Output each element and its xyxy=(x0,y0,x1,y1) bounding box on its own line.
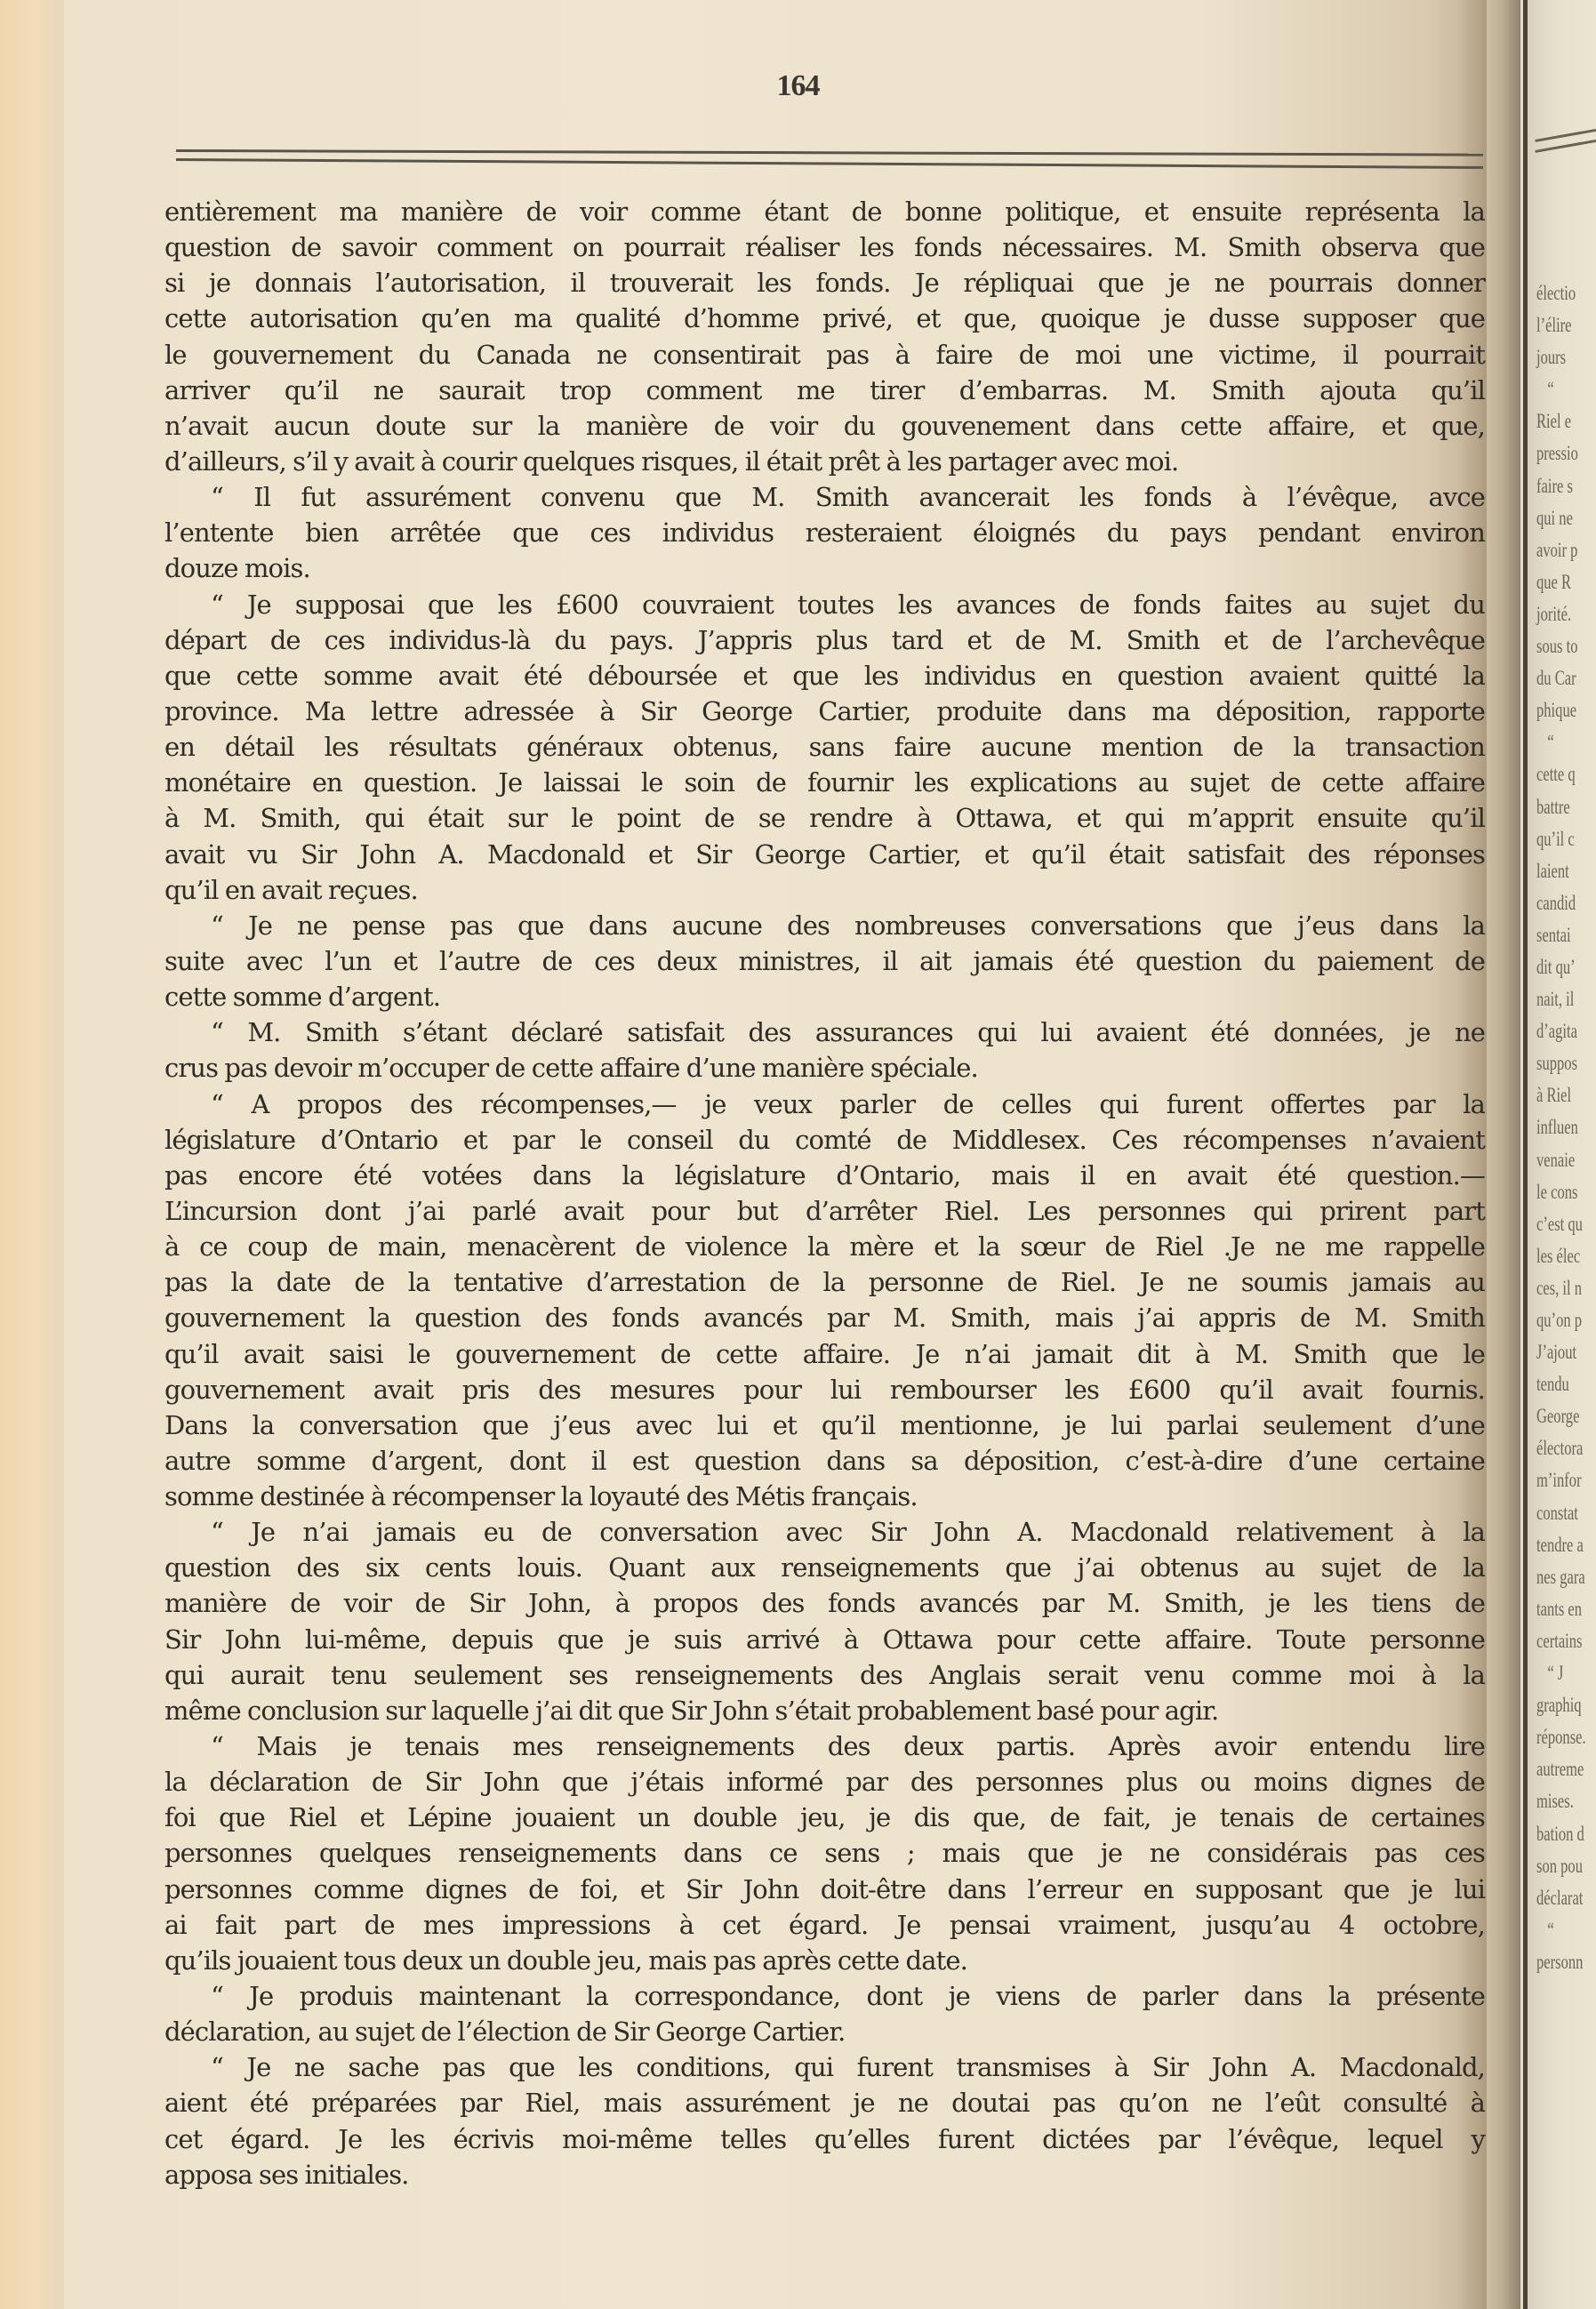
adjacent-line-fragment: autreme xyxy=(1536,1753,1586,1785)
adjacent-line-fragment: déclarat xyxy=(1536,1882,1586,1914)
adjacent-line-fragment: graphiq xyxy=(1536,1689,1586,1721)
text-line: “ Je supposai que les £600 couvraient to… xyxy=(164,587,1485,622)
text-line: n’avait aucun doute sur la manière de vo… xyxy=(164,408,1485,444)
page-number: 164 xyxy=(0,69,1596,103)
text-line: L’incursion dont j’ai parlé avait pour b… xyxy=(164,1193,1485,1229)
text-line: avait vu Sir John A. Macdonald et Sir Ge… xyxy=(164,837,1485,872)
adjacent-line-fragment: dit qu’ xyxy=(1536,951,1586,983)
text-line: “ Mais je tenais mes renseignements des … xyxy=(164,1728,1485,1764)
paragraph: “ Je ne pense pas que dans aucune des no… xyxy=(164,908,1485,1014)
adjacent-line-fragment: “ J xyxy=(1536,1657,1586,1689)
adjacent-line-fragment: candid xyxy=(1536,887,1586,919)
text-line: monétaire en question. Je laissai le soi… xyxy=(164,765,1485,800)
text-line: autre somme d’argent, dont il est questi… xyxy=(164,1443,1485,1479)
adjacent-line-fragment: du Car xyxy=(1536,662,1586,694)
text-line: “ A propos des récompenses,— je veux par… xyxy=(164,1086,1485,1122)
adjacent-line-fragment: George xyxy=(1536,1400,1586,1432)
text-line: législature d’Ontario et par le conseil … xyxy=(164,1122,1485,1158)
adjacent-line-fragment: “ xyxy=(1536,726,1586,758)
adjacent-header-rule xyxy=(1535,127,1596,142)
paragraph: “ M. Smith s’étant déclaré satisfait des… xyxy=(164,1014,1485,1086)
text-line: l’entente bien arrêtée que ces individus… xyxy=(164,515,1485,550)
adjacent-line-fragment: qui ne xyxy=(1536,502,1586,534)
adjacent-line-fragment: l’élire xyxy=(1536,309,1586,341)
text-line: pas la date de la tentative d’arrestatio… xyxy=(164,1264,1485,1300)
text-line: si je donnais l’autorisation, il trouver… xyxy=(164,265,1485,301)
adjacent-line-fragment: le cons xyxy=(1536,1176,1586,1208)
adjacent-line-fragment: cette q xyxy=(1536,758,1586,790)
text-line: personnes comme dignes de foi, et Sir Jo… xyxy=(164,1872,1485,1907)
text-line: cette somme d’argent. xyxy=(164,979,1485,1014)
adjacent-line-fragment: réponse. xyxy=(1536,1721,1586,1753)
paragraph: “ Je n’ai jamais eu de conversation avec… xyxy=(164,1514,1485,1728)
adjacent-page-text: électiol’élirejours “Riel epressiofaire … xyxy=(1536,277,1586,1978)
adjacent-line-fragment: d’agita xyxy=(1536,1015,1586,1047)
text-line: question de savoir comment on pourrait r… xyxy=(164,229,1485,265)
adjacent-line-fragment: que R xyxy=(1536,566,1586,598)
text-line: gouvernement la question des fonds avanc… xyxy=(164,1300,1485,1335)
adjacent-page-fragment: électiol’élirejours “Riel epressiofaire … xyxy=(1528,0,1596,2309)
text-line: Dans la conversation que j’eus avec lui … xyxy=(164,1407,1485,1443)
paragraph: “ Mais je tenais mes renseignements des … xyxy=(164,1728,1485,1978)
adjacent-line-fragment: bation d xyxy=(1536,1818,1586,1850)
text-line: départ de ces individus-là du pays. J’ap… xyxy=(164,622,1485,658)
text-line: en détail les résultats généraux obtenus… xyxy=(164,729,1485,765)
adjacent-line-fragment: avoir p xyxy=(1536,534,1586,566)
text-line: personnes quelques renseignements dans c… xyxy=(164,1835,1485,1871)
adjacent-line-fragment: personn xyxy=(1536,1946,1586,1978)
adjacent-line-fragment: ces, il n xyxy=(1536,1272,1586,1304)
adjacent-line-fragment: mises. xyxy=(1536,1785,1586,1817)
text-line: cette autorisation qu’en ma qualité d’ho… xyxy=(164,301,1485,336)
adjacent-line-fragment: suppos xyxy=(1536,1047,1586,1079)
paragraph: “ Il fut assurément convenu que M. Smith… xyxy=(164,479,1485,586)
adjacent-line-fragment: à Riel xyxy=(1536,1079,1586,1111)
adjacent-line-fragment: faire s xyxy=(1536,470,1586,502)
text-line: que cette somme avait été déboursée et q… xyxy=(164,658,1485,694)
text-line: manière de voir de Sir John, à propos de… xyxy=(164,1585,1485,1621)
adjacent-line-fragment: électio xyxy=(1536,277,1586,309)
adjacent-line-fragment: électora xyxy=(1536,1432,1586,1464)
text-line: qu’il avait saisi le gouvernement de cet… xyxy=(164,1336,1485,1372)
paragraph: “ Je supposai que les £600 couvraient to… xyxy=(164,587,1485,908)
adjacent-line-fragment: qu’on p xyxy=(1536,1304,1586,1336)
text-line: arriver qu’il ne saurait trop comment me… xyxy=(164,373,1485,408)
adjacent-line-fragment: Riel e xyxy=(1536,405,1586,437)
adjacent-line-fragment: certains xyxy=(1536,1625,1586,1657)
adjacent-line-fragment: nes gara xyxy=(1536,1561,1586,1593)
text-line: aient été préparées par Riel, mais assur… xyxy=(164,2085,1485,2121)
adjacent-line-fragment: qu’il c xyxy=(1536,823,1586,855)
text-line: qui aurait tenu seulement ses renseignem… xyxy=(164,1657,1485,1693)
adjacent-line-fragment: pressio xyxy=(1536,437,1586,469)
text-line: gouvernement avait pris des mesures pour… xyxy=(164,1372,1485,1407)
adjacent-line-fragment: “ xyxy=(1536,373,1586,405)
adjacent-line-fragment: jours xyxy=(1536,341,1586,373)
adjacent-line-fragment: tendre a xyxy=(1536,1529,1586,1561)
text-line: ai fait part de mes impressions à cet ég… xyxy=(164,1907,1485,1943)
paragraph: “ A propos des récompenses,— je veux par… xyxy=(164,1086,1485,1515)
adjacent-line-fragment: c’est qu xyxy=(1536,1208,1586,1240)
text-line: question des six cents louis. Quant aux … xyxy=(164,1550,1485,1585)
adjacent-line-fragment: sentai xyxy=(1536,919,1586,951)
adjacent-line-fragment: phique xyxy=(1536,694,1586,726)
adjacent-line-fragment: tants en xyxy=(1536,1593,1586,1625)
text-line: Sir John lui-même, depuis que je suis ar… xyxy=(164,1622,1485,1657)
text-line: “ Je produis maintenant la correspondanc… xyxy=(164,1978,1485,2014)
adjacent-line-fragment: tendu xyxy=(1536,1368,1586,1400)
adjacent-line-fragment: venaie xyxy=(1536,1144,1586,1176)
adjacent-line-fragment: influen xyxy=(1536,1111,1586,1143)
adjacent-line-fragment: constat xyxy=(1536,1497,1586,1529)
adjacent-line-fragment: battre xyxy=(1536,791,1586,823)
adjacent-line-fragment: les élec xyxy=(1536,1240,1586,1272)
paragraph: entièrement ma manière de voir comme éta… xyxy=(164,194,1485,479)
text-line: crus pas devoir m’occuper de cette affai… xyxy=(164,1050,1485,1086)
adjacent-line-fragment: laient xyxy=(1536,855,1586,887)
text-line: entièrement ma manière de voir comme éta… xyxy=(164,194,1485,229)
paragraph: “ Je produis maintenant la correspondanc… xyxy=(164,1978,1485,2049)
text-line: “ M. Smith s’étant déclaré satisfait des… xyxy=(164,1014,1485,1050)
text-line: cet égard. Je les écrivis moi-même telle… xyxy=(164,2121,1485,2157)
text-line: pas encore été votées dans la législatur… xyxy=(164,1158,1485,1193)
paragraph: “ Je ne sache pas que les conditions, qu… xyxy=(164,2049,1485,2193)
text-line: “ Il fut assurément convenu que M. Smith… xyxy=(164,479,1485,515)
text-line: même conclusion sur laquelle j’ai dit qu… xyxy=(164,1693,1485,1728)
book-edge xyxy=(0,0,64,2309)
text-line: suite avec l’un et l’autre de ces deux m… xyxy=(164,943,1485,979)
adjacent-line-fragment: m’infor xyxy=(1536,1464,1586,1496)
text-line: d’ailleurs, s’il y avait à courir quelqu… xyxy=(164,444,1485,479)
adjacent-line-fragment: son pou xyxy=(1536,1850,1586,1882)
text-line: qu’ils jouaient tous deux un double jeu,… xyxy=(164,1943,1485,1978)
text-line: à M. Smith, qui était sur le point de se… xyxy=(164,800,1485,836)
adjacent-line-fragment: sous to xyxy=(1536,630,1586,662)
adjacent-line-fragment: J’ajout xyxy=(1536,1336,1586,1368)
text-line: foi que Riel et Lépine jouaient un doubl… xyxy=(164,1800,1485,1835)
text-line: province. Ma lettre adressée à Sir Georg… xyxy=(164,694,1485,729)
text-line: somme destinée à récompenser la loyauté … xyxy=(164,1479,1485,1514)
adjacent-line-fragment: “ xyxy=(1536,1914,1586,1946)
text-line: “ Je ne pense pas que dans aucune des no… xyxy=(164,908,1485,943)
text-line: apposa ses initiales. xyxy=(164,2157,1485,2193)
text-line: à ce coup de main, menacèrent de violenc… xyxy=(164,1229,1485,1264)
adjacent-line-fragment: nait, il xyxy=(1536,983,1586,1015)
text-line: “ Je n’ai jamais eu de conversation avec… xyxy=(164,1514,1485,1550)
text-line: “ Je ne sache pas que les conditions, qu… xyxy=(164,2049,1485,2085)
text-line: le gouvernement du Canada ne consentirai… xyxy=(164,337,1485,373)
text-line: qu’il en avait reçues. xyxy=(164,872,1485,908)
adjacent-line-fragment: jorité. xyxy=(1536,598,1586,630)
text-line: douze mois. xyxy=(164,550,1485,586)
text-line: déclaration, au sujet de l’élection de S… xyxy=(164,2014,1485,2049)
body-text: entièrement ma manière de voir comme éta… xyxy=(164,194,1485,2193)
text-line: la déclaration de Sir John que j’étais i… xyxy=(164,1764,1485,1800)
